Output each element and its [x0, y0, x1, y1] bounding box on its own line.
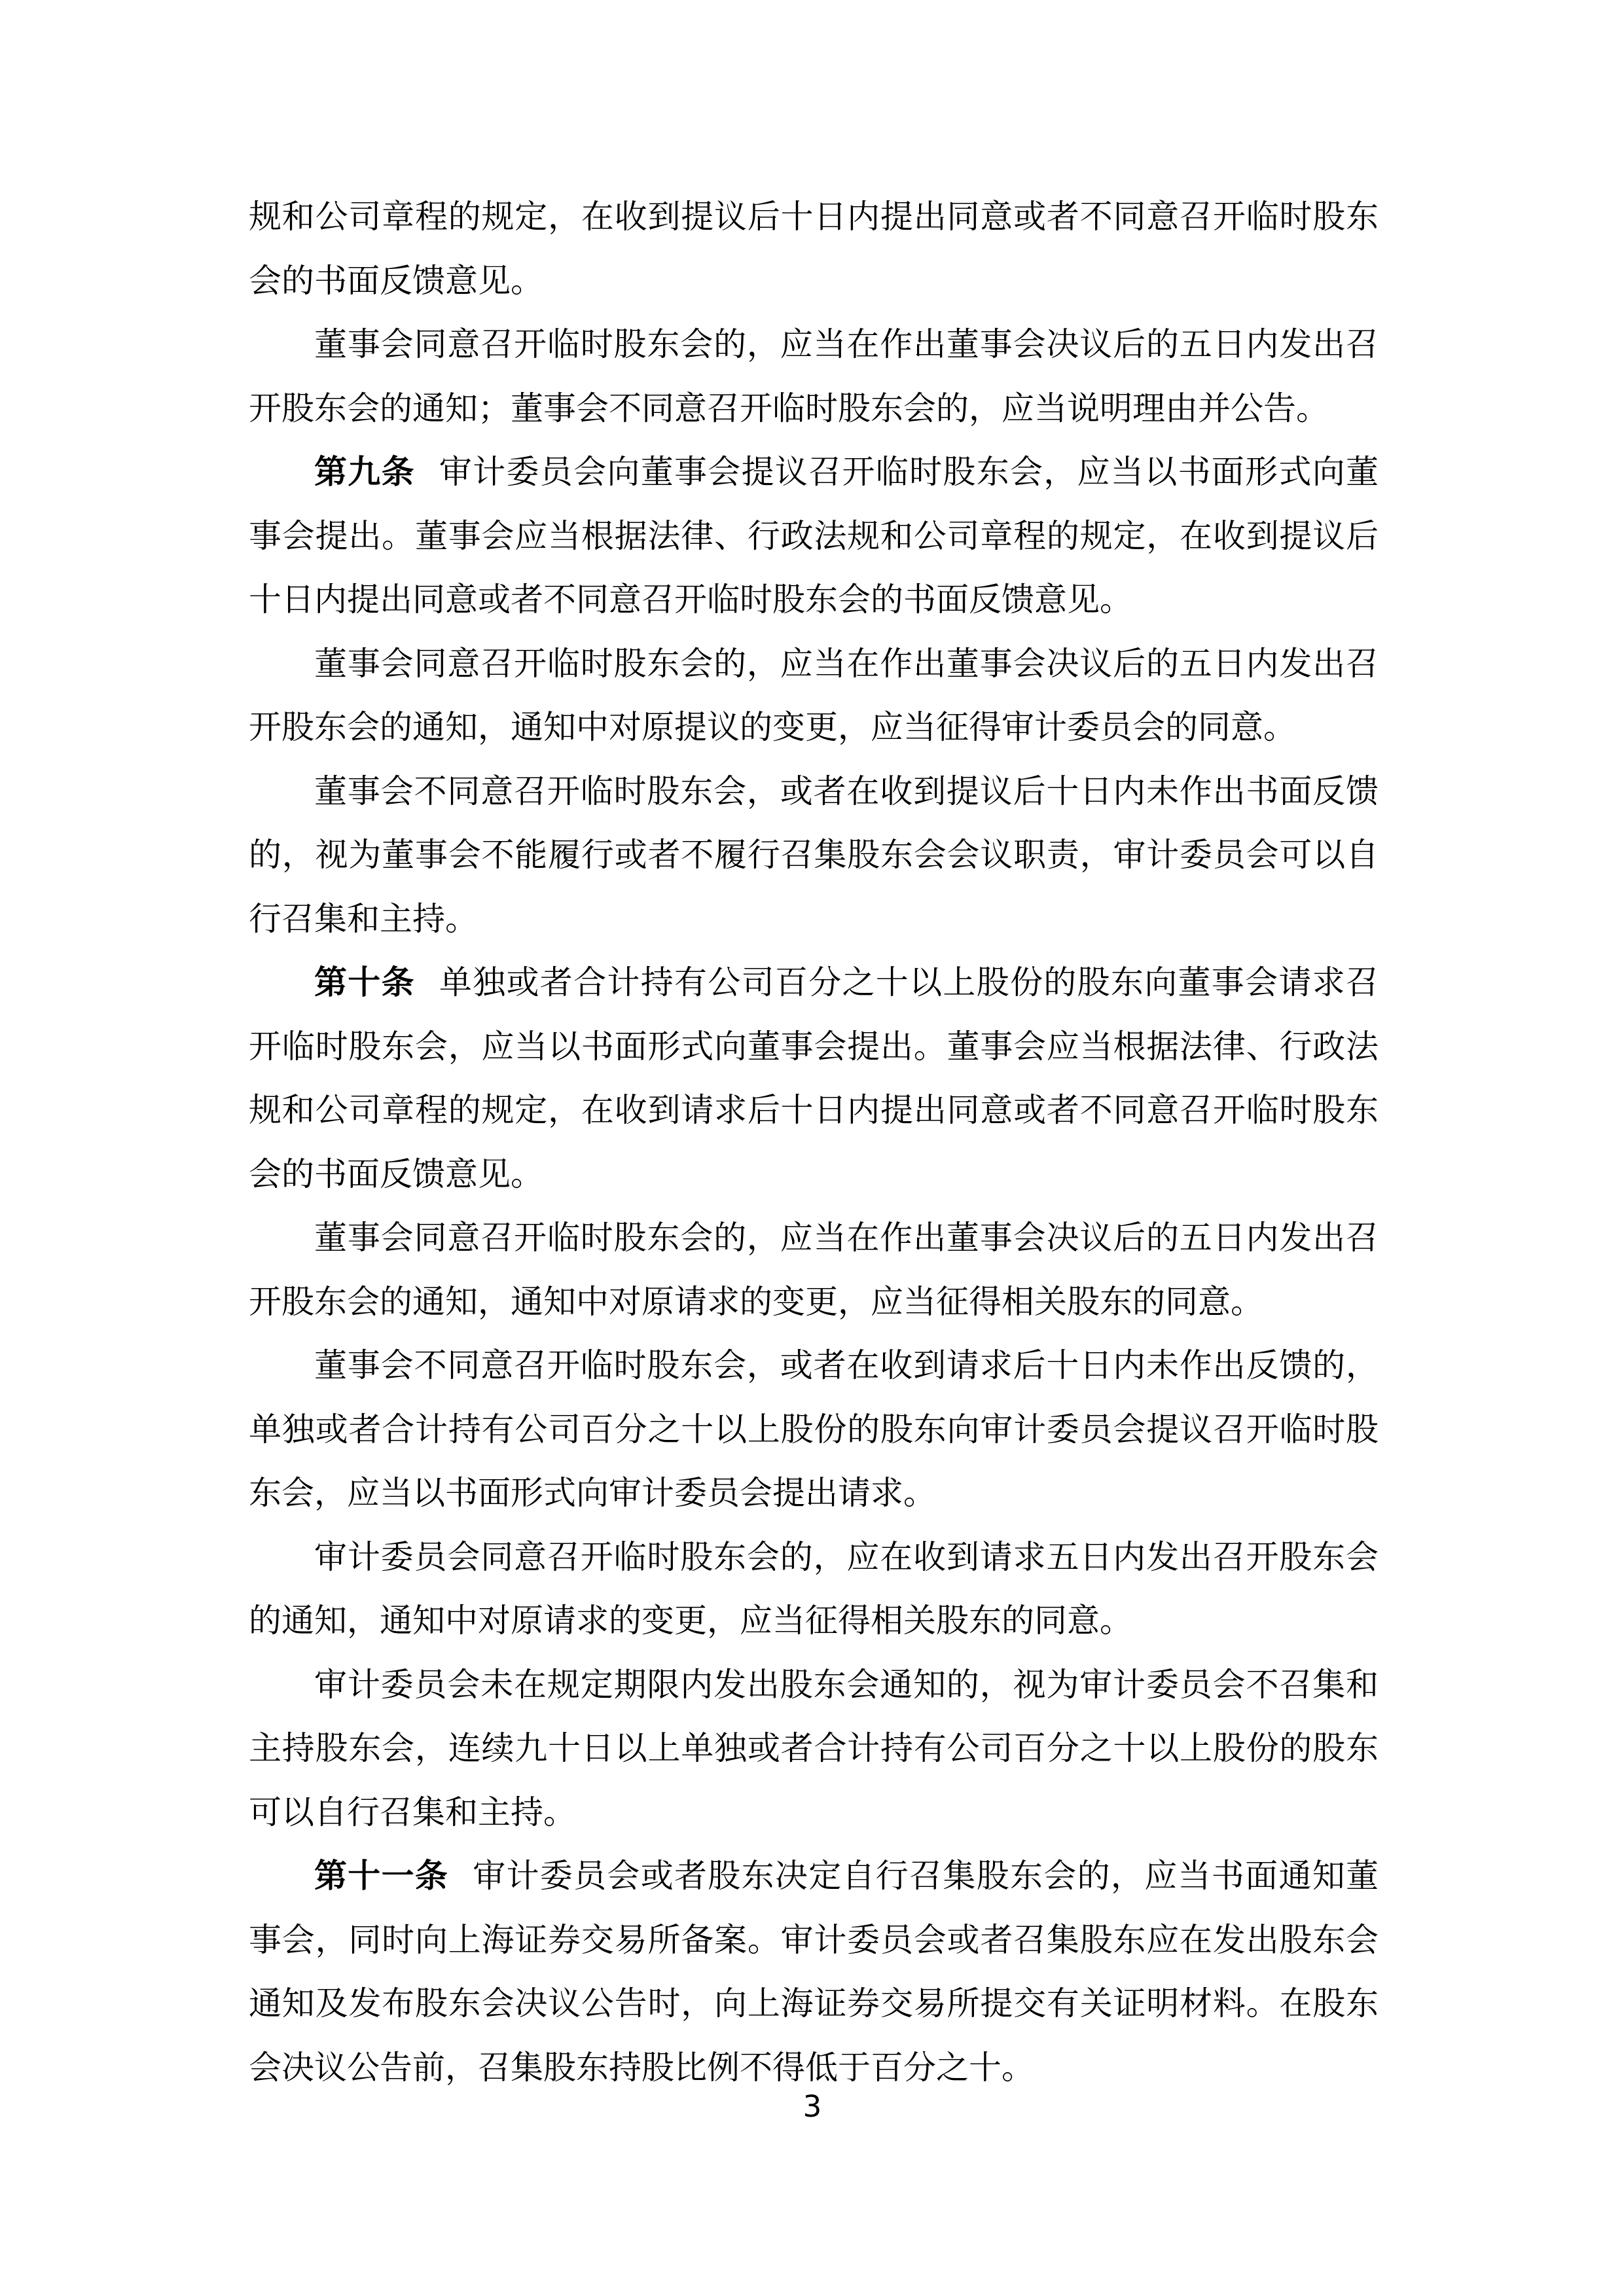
- paragraph-text: 审计委员会同意召开临时股东会的，应在收到请求五日内发出召开股东会的通知，通知中对…: [249, 1539, 1379, 1640]
- paragraph-text: 董事会同意召开临时股东会的，应当在作出董事会决议后的五日内发出召开股东会的通知，…: [249, 1219, 1379, 1320]
- paragraph-text: 董事会不同意召开临时股东会，或者在收到请求后十日内未作出反馈的，单独或者合计持有…: [249, 1347, 1379, 1511]
- paragraph-text: 审计委员会未在规定期限内发出股东会通知的，视为审计委员会不召集和主持股东会，连续…: [249, 1666, 1379, 1831]
- paragraph: 董事会同意召开临时股东会的，应当在作出董事会决议后的五日内发出召开股东会的通知；…: [249, 313, 1379, 440]
- paragraph-article-11: 第十一条审计委员会或者股东决定自行召集股东会的，应当书面通知董事会，同时向上海证…: [249, 1844, 1379, 2100]
- paragraph-text: 董事会不同意召开临时股东会，或者在收到提议后十日内未作出书面反馈的，视为董事会不…: [249, 773, 1379, 937]
- paragraph-text: 审计委员会向董事会提议召开临时股东会，应当以书面形式向董事会提出。董事会应当根据…: [249, 454, 1379, 618]
- page-number: 3: [247, 2090, 1377, 2124]
- paragraph-text: 董事会同意召开临时股东会的，应当在作出董事会决议后的五日内发出召开股东会的通知，…: [249, 645, 1379, 746]
- paragraph: 董事会同意召开临时股东会的，应当在作出董事会决议后的五日内发出召开股东会的通知，…: [249, 632, 1379, 760]
- article-number: 第九条: [314, 454, 415, 490]
- paragraph: 规和公司章程的规定，在收到提议后十日内提出同意或者不同意召开临时股东会的书面反馈…: [249, 185, 1379, 313]
- document-page: 规和公司章程的规定，在收到提议后十日内提出同意或者不同意召开临时股东会的书面反馈…: [0, 0, 1624, 2296]
- paragraph-text: 单独或者合计持有公司百分之十以上股份的股东向董事会请求召开临时股东会，应当以书面…: [249, 964, 1379, 1193]
- paragraph: 董事会不同意召开临时股东会，或者在收到提议后十日内未作出书面反馈的，视为董事会不…: [249, 760, 1379, 952]
- paragraph-article-9: 第九条审计委员会向董事会提议召开临时股东会，应当以书面形式向董事会提出。董事会应…: [249, 440, 1379, 632]
- article-number: 第十条: [314, 964, 415, 1001]
- paragraph: 审计委员会同意召开临时股东会的，应在收到请求五日内发出召开股东会的通知，通知中对…: [249, 1526, 1379, 1653]
- article-number: 第十一条: [314, 1857, 448, 1894]
- paragraph-text: 规和公司章程的规定，在收到提议后十日内提出同意或者不同意召开临时股东会的书面反馈…: [249, 198, 1379, 299]
- document-body-text: 规和公司章程的规定，在收到提议后十日内提出同意或者不同意召开临时股东会的书面反馈…: [249, 185, 1379, 2100]
- paragraph: 审计委员会未在规定期限内发出股东会通知的，视为审计委员会不召集和主持股东会，连续…: [249, 1653, 1379, 1845]
- paragraph-article-10: 第十条单独或者合计持有公司百分之十以上股份的股东向董事会请求召开临时股东会，应当…: [249, 951, 1379, 1206]
- paragraph: 董事会不同意召开临时股东会，或者在收到请求后十日内未作出反馈的，单独或者合计持有…: [249, 1334, 1379, 1526]
- paragraph: 董事会同意召开临时股东会的，应当在作出董事会决议后的五日内发出召开股东会的通知，…: [249, 1206, 1379, 1334]
- paragraph-text: 董事会同意召开临时股东会的，应当在作出董事会决议后的五日内发出召开股东会的通知；…: [249, 326, 1379, 427]
